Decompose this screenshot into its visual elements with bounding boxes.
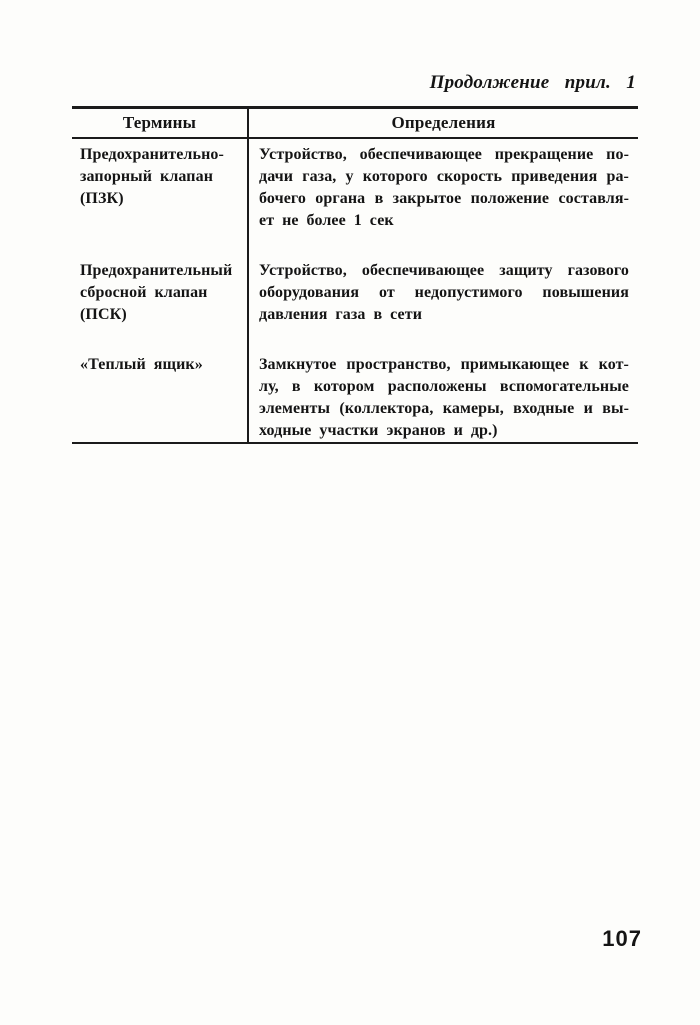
- continuation-note: Продолжение прил. 1: [430, 72, 636, 94]
- page-number: 107: [602, 926, 642, 952]
- term-cell: «Теплый ящик»: [72, 349, 247, 442]
- table-header-row: Термины Определения: [72, 109, 638, 139]
- table-row: Предохранительно-запорный клапан(ПЗК) Ус…: [72, 139, 638, 255]
- terms-table: Термины Определения Предохранительно-зап…: [72, 106, 638, 444]
- definition-cell: Замкнутое пространство, примыкающее к ко…: [247, 349, 638, 442]
- document-page: Продолжение прил. 1 Термины Определения …: [0, 0, 700, 1025]
- definition-cell: Устройство, обеспечивающее прекращение п…: [247, 139, 638, 255]
- table-header-definitions: Определения: [247, 109, 638, 137]
- term-cell: Предохранительно-запорный клапан(ПЗК): [72, 139, 247, 255]
- term-cell: Предохранительныйсбросной клапан(ПСК): [72, 255, 247, 349]
- table-row: «Теплый ящик» Замкнутое пространство, пр…: [72, 349, 638, 442]
- table-header-terms: Термины: [72, 109, 247, 137]
- definition-cell: Устройство, обеспечивающее защиту газово…: [247, 255, 638, 349]
- table-row: Предохранительныйсбросной клапан(ПСК) Ус…: [72, 255, 638, 349]
